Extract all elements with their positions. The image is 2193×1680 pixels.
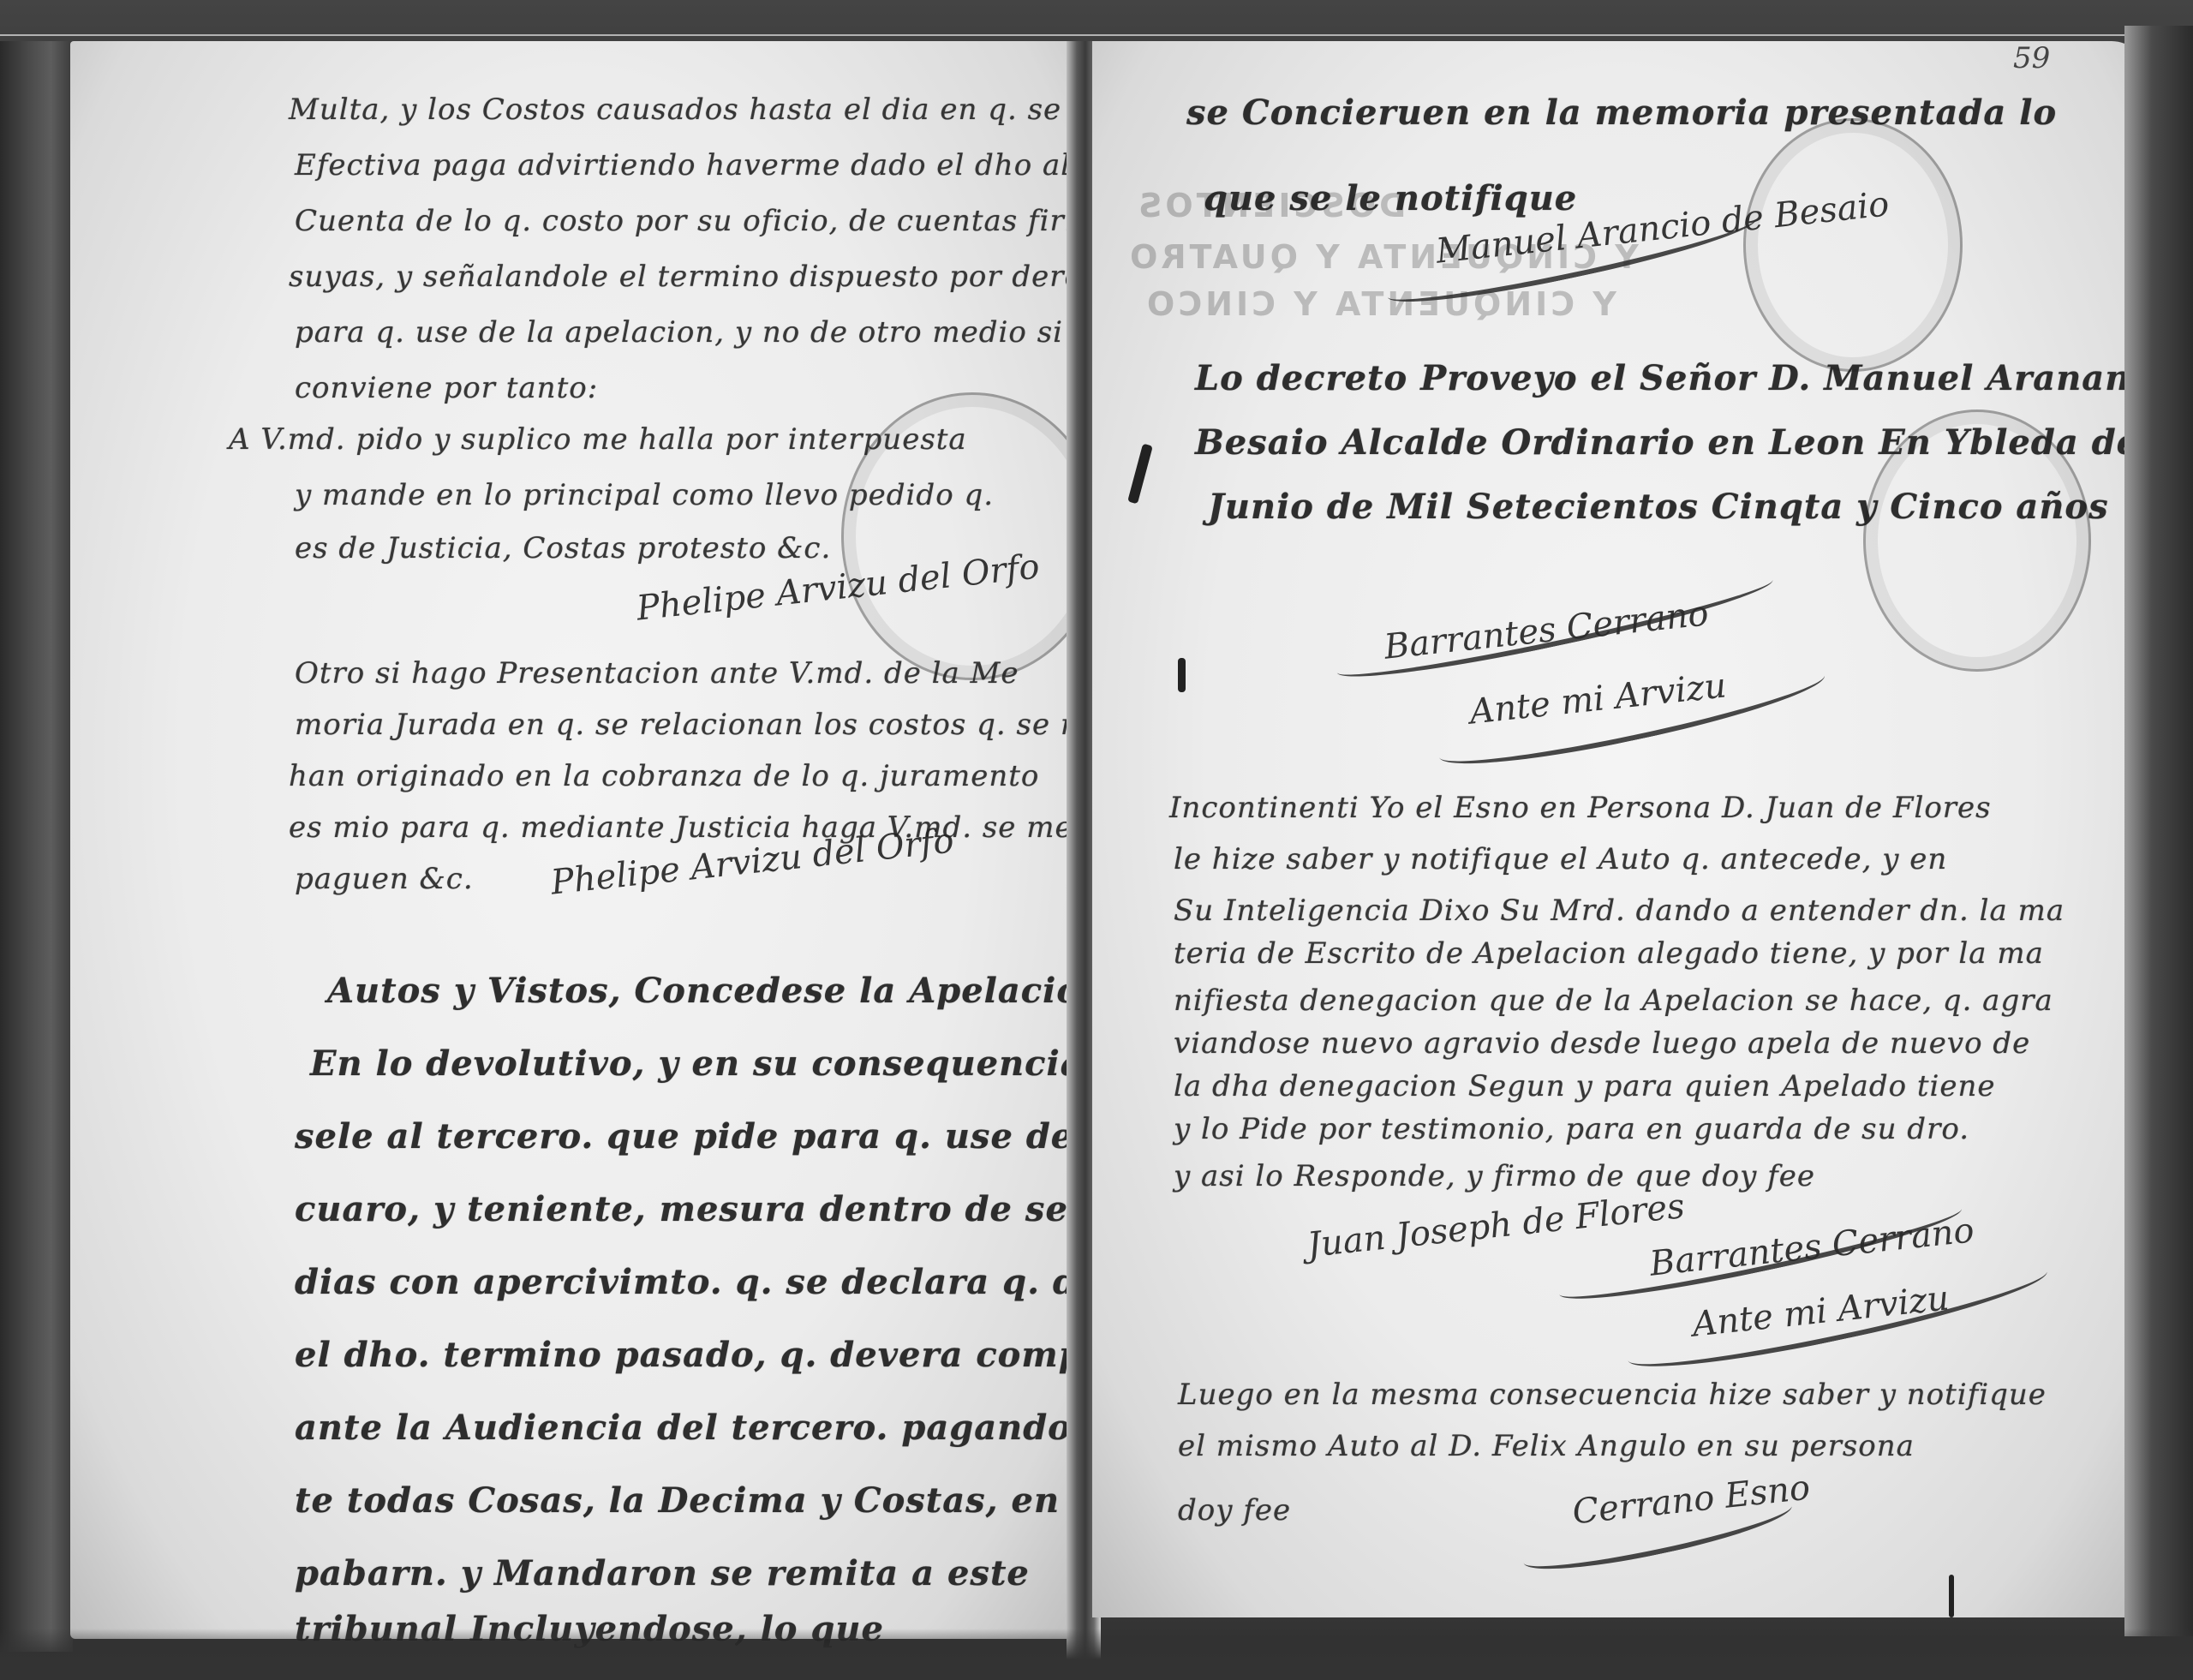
margin-mark-2 bbox=[1178, 658, 1186, 692]
right-line-16: Luego en la mesma consecuencia hize sabe… bbox=[1178, 1378, 2047, 1412]
left-line-8: y mande en lo principal como llevo pedid… bbox=[295, 478, 994, 512]
decree-line-8: te todas Cosas, la Decima y Costas, en bbox=[295, 1480, 1060, 1521]
right-line-10: nifiesta denegacion que de la Apelacion … bbox=[1174, 983, 2053, 1018]
left-line-1: Multa, y los Costos causados hasta el di… bbox=[289, 93, 1174, 127]
right-line-18: doy fee bbox=[1178, 1493, 1291, 1528]
decree-line-9: pabarn. y Mandaron se remita a este bbox=[295, 1553, 1030, 1593]
right-line-2: que se le notifique bbox=[1204, 178, 1577, 218]
right-signature-4: Juan Joseph de Flores bbox=[1306, 1187, 1687, 1265]
stamp-bleed-3: Y CINQUENTA Y CINCO bbox=[1144, 285, 1616, 323]
right-line-8: Su Inteligencia Dixo Su Mrd. dando a ent… bbox=[1174, 894, 2065, 928]
right-line-13: y lo Pide por testimonio, para en guarda… bbox=[1174, 1112, 1969, 1146]
left-page: Multa, y los Costos causados hasta el di… bbox=[70, 41, 1081, 1639]
right-line-3: Lo decreto Proveyo el Señor D. Manuel Ar… bbox=[1195, 358, 2193, 398]
notarial-stamp-top bbox=[1743, 118, 1963, 372]
right-line-7: le hize saber y notifique el Auto q. ant… bbox=[1174, 842, 1947, 876]
right-line-6: Incontinenti Yo el Esno en Persona D. Ju… bbox=[1169, 791, 1992, 825]
left-line-14: paguen &c. bbox=[295, 862, 474, 896]
book-edge-right bbox=[2124, 26, 2193, 1636]
decree-line-2: En lo devolutivo, y en su consequencia, … bbox=[310, 1043, 1156, 1084]
left-line-3: Cuenta de lo q. costo por su oficio, de … bbox=[295, 204, 1165, 238]
left-line-11: moria Jurada en q. se relacionan los cos… bbox=[295, 708, 1107, 742]
left-line-4: suyas, y señalandole el termino dispuest… bbox=[289, 260, 1138, 294]
right-line-9: teria de Escrito de Apelacion alegado ti… bbox=[1174, 936, 2044, 971]
right-line-14: y asi lo Responde, y firmo de que doy fe… bbox=[1174, 1159, 1815, 1193]
left-line-13: es mio para q. mediante Justicia haga V.… bbox=[289, 810, 1073, 845]
left-line-6: conviene por tanto: bbox=[295, 371, 598, 405]
folio-number: 59 bbox=[2013, 41, 2050, 75]
right-line-1: se Concieruen en la memoria presentada l… bbox=[1186, 93, 2057, 133]
right-line-12: la dha denegacion Segun y para quien Ape… bbox=[1174, 1069, 1996, 1103]
scan-shadow-bottom bbox=[0, 1629, 2193, 1680]
right-line-11: viandose nuevo agravio desde luego apela… bbox=[1174, 1026, 2030, 1061]
right-line-17: el mismo Auto al D. Felix Angulo en su p… bbox=[1178, 1429, 1915, 1463]
left-line-5: para q. use de la apelacion, y no de otr… bbox=[295, 315, 1063, 350]
scan-artifact-line bbox=[0, 34, 2193, 36]
decree-line-1: Autos y Vistos, Concedese la Apelacion bbox=[327, 971, 1106, 1011]
left-line-9: es de Justicia, Costas protesto &c. bbox=[295, 531, 831, 565]
right-page: 59 DOSCIENTOS Y CINQUENTA Y QUATRO Y CIN… bbox=[1092, 41, 2146, 1617]
left-line-2: Efectiva paga advirtiendo haverme dado e… bbox=[295, 148, 1154, 182]
left-line-7: A V.md. pido y suplico me halla por inte… bbox=[229, 422, 967, 457]
right-line-5: Junio de Mil Setecientos Cinqta y Cinco … bbox=[1208, 487, 2109, 527]
decree-line-3: sele al tercero. que pide para q. use de… bbox=[295, 1116, 1187, 1157]
book-binding-left bbox=[0, 41, 73, 1652]
decree-line-7: ante la Audiencia del tercero. pagando a… bbox=[295, 1408, 1133, 1448]
margin-mark-3 bbox=[1949, 1575, 1954, 1617]
left-line-10: Otro si hago Presentacion ante V.md. de … bbox=[295, 656, 1019, 691]
decree-line-4: cuaro, y teniente, mesura dentro de sete… bbox=[295, 1189, 1173, 1229]
left-line-12: han originado en la cobranza de lo q. ju… bbox=[289, 759, 1039, 793]
right-line-4: Besaio Alcalde Ordinario en Leon En Yble… bbox=[1195, 422, 2139, 463]
margin-mark-1 bbox=[1127, 444, 1153, 505]
